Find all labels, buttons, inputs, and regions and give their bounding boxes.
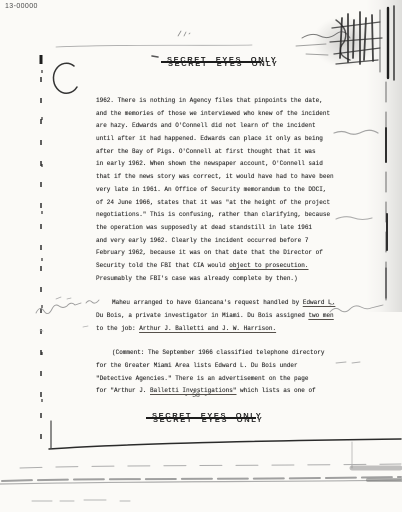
underlined-text: Arthur J. Balletti and J. W. Harrison. [139, 325, 276, 332]
text-line: for the Greater Miami Area lists Edward … [96, 360, 348, 373]
text-segment: and the memories of those we interviewed… [96, 110, 330, 117]
text-segment: Security told the FBI that CIA would [96, 262, 229, 269]
text-segment: February 1962, because it was on that da… [96, 249, 323, 256]
text-segment: negotiations." This is confusing, rather… [96, 211, 330, 218]
handwritten-scribble-top-right-icon [296, 6, 394, 80]
strikethrough-line [161, 61, 261, 63]
pencil-scribble-left-margin [36, 297, 99, 331]
text-line: that if the news story was correct, it w… [96, 171, 348, 184]
text-line: 1962. There is nothing in Agency files t… [96, 95, 348, 108]
text-line: Security told the FBI that CIA would obj… [96, 260, 348, 273]
paragraph-1: 1962. There is nothing in Agency files t… [96, 95, 348, 285]
text-line: Presumably the FBI's case was already co… [96, 273, 348, 286]
text-segment: 1962. There is nothing in Agency files t… [96, 97, 323, 104]
text-line: until after it had happened. Edwards can… [96, 133, 348, 146]
page-number: - 58 - [96, 392, 296, 399]
pen-circle-mark-icon [53, 63, 77, 93]
text-line: after the Bay of Pigs. O'Connell at firs… [96, 146, 348, 159]
scanned-document-page: 13-00000 SECRET EYES ONLY SECRET EYES ON… [0, 0, 402, 512]
text-segment: and very early 1962. Clearly the inciden… [96, 237, 308, 244]
paragraph-3: (Comment: The September 1966 classified … [96, 347, 348, 398]
text-segment: for the Greater Miami Area lists Edward … [96, 362, 298, 369]
text-line: and the memories of those we interviewed… [96, 108, 348, 121]
text-segment: are hazy. Edwards and O'Connell did not … [96, 122, 316, 129]
document-corner-id: 13-00000 [5, 3, 38, 10]
text-line: are hazy. Edwards and O'Connell did not … [96, 120, 348, 133]
underlined-text: Edward L. [303, 299, 335, 306]
page-edge-line-left [41, 55, 42, 446]
strikethrough-line [146, 417, 256, 419]
text-segment: after the Bay of Pigs. O'Connell at firs… [96, 148, 316, 155]
underlined-text: two men [308, 312, 333, 319]
text-segment: that if the news story was correct, it w… [96, 173, 334, 180]
text-line: and very early 1962. Clearly the inciden… [96, 235, 348, 248]
page-edge-line-bottom [49, 421, 401, 468]
text-line: Maheu arranged to have Giancana's reques… [96, 297, 348, 310]
text-line: to the job: Arthur J. Balletti and J. W.… [96, 323, 348, 336]
text-segment: very late in 1961. An Office of Security… [96, 186, 326, 193]
text-line: February 1962, because it was on that da… [96, 247, 348, 260]
text-line: very late in 1961. An Office of Security… [96, 184, 348, 197]
text-line: "Detective Agencies." There is an advert… [96, 373, 348, 386]
text-segment: in early 1962. When shown the newspaper … [96, 160, 323, 167]
scan-smudge-top-right [302, 8, 388, 76]
text-segment: "Detective Agencies." There is an advert… [96, 375, 308, 382]
classification-stamp-top: SECRET EYES ONLY SECRET EYES ONLY [167, 55, 253, 71]
scan-smudge-right-edge [366, 0, 402, 312]
underlined-text: object to prosecution. [229, 262, 308, 269]
text-segment: Maheu arranged to have Giancana's reques… [112, 299, 303, 306]
text-segment: (Comment: The September 1966 classified … [112, 349, 324, 356]
text-segment: Du Bois, a private investigator in Miami… [96, 312, 308, 319]
text-line: the operation was supposedly at dead sta… [96, 222, 348, 235]
text-segment: until after it had happened. Edwards can… [96, 135, 323, 142]
text-segment: Presumably the FBI's case was already co… [96, 275, 298, 282]
text-segment: to the job: [96, 325, 139, 332]
scanner-smudge-bands-bottom [0, 464, 402, 501]
document-body: 1962. There is nothing in Agency files t… [96, 95, 348, 410]
pencil-line-top [56, 31, 252, 57]
text-line: in early 1962. When shown the newspaper … [96, 158, 348, 171]
text-line: negotiations." This is confusing, rather… [96, 209, 348, 222]
text-segment: of 24 June 1966, states that it was "at … [96, 199, 330, 206]
paragraph-2: Maheu arranged to have Giancana's reques… [96, 297, 348, 335]
text-line: (Comment: The September 1966 classified … [96, 347, 348, 360]
classification-stamp-bottom: SECRET EYES ONLY SECRET EYES ONLY [152, 411, 248, 427]
text-segment: the operation was supposedly at dead sta… [96, 224, 312, 231]
text-line: of 24 June 1966, states that it was "at … [96, 197, 348, 210]
text-line: Du Bois, a private investigator in Miami… [96, 310, 348, 323]
